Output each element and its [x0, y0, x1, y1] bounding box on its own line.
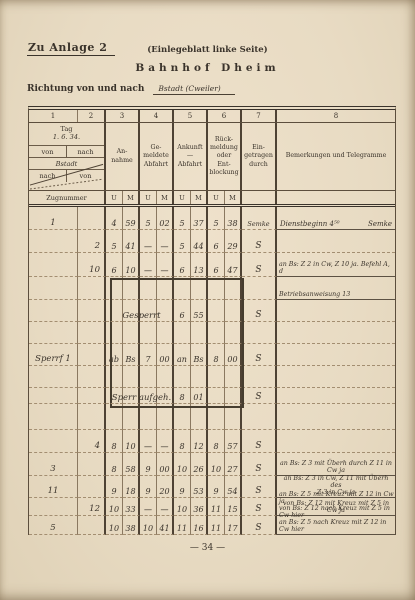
ankunft-min-cell: 44 — [191, 230, 208, 253]
annahme-hour-cell: 6 — [106, 253, 123, 277]
eingetragen-cell — [242, 322, 277, 344]
eingetragen-cell: S — [242, 516, 277, 535]
von-nach-row: von nach — [29, 146, 104, 158]
gemeldete-hour-cell — [140, 277, 157, 300]
rueckmeldung-hour-cell: 10 — [208, 453, 225, 476]
gemeldete-hour-cell — [140, 366, 157, 388]
neighbour-station-handwritten: Bstadt — [29, 158, 104, 170]
von-label-2: von — [67, 172, 104, 180]
zugnummer-von-cell: 11 — [29, 476, 78, 498]
annahme-hour-cell: 9 — [106, 476, 123, 498]
ankunft-min-cell: 13 — [191, 253, 208, 277]
rueckmeldung-min-cell: 15 — [225, 498, 242, 516]
rueckmeldung-min-cell: 54 — [225, 476, 242, 498]
remark-signature: Semke — [368, 220, 392, 228]
gemeldete-hour-cell — [140, 322, 157, 344]
rueckmeldung-min-cell — [225, 388, 242, 404]
zugnummer-nach-cell — [78, 404, 106, 430]
log-row — [29, 404, 395, 430]
remark-text: an Bs: Z 3 mit Überh durch Z 11 in Cw ja — [277, 460, 395, 475]
eingetragen-cell: S — [242, 388, 277, 404]
ankunft-hour-cell: 9 — [174, 476, 191, 498]
gemeldete-hour-cell: — — [140, 253, 157, 277]
gemeldete-min-cell — [157, 277, 174, 300]
col-head-annahme: An- nahme — [106, 123, 140, 190]
annahme-hour-cell: 5 — [106, 230, 123, 253]
annahme-hour-cell — [106, 322, 123, 344]
zugnummer-von-cell: 1 — [29, 207, 78, 230]
hour-label: U — [174, 191, 191, 204]
ankunft-hour-cell — [174, 404, 191, 430]
eingetragen-cell — [242, 366, 277, 388]
eingetragen-cell: S — [242, 476, 277, 498]
zugnummer-nach-cell — [78, 366, 106, 388]
column-number-8: 8 — [277, 110, 395, 122]
rueckmeldung-min-cell: 17 — [225, 516, 242, 535]
rueckmeldung-hour-cell — [208, 322, 225, 344]
gemeldete-min-cell: — — [157, 230, 174, 253]
ankunft-hour-cell: 11 — [174, 516, 191, 535]
rueckmeldung-hour-cell: 8 — [208, 344, 225, 366]
rueckmeldung-hour-cell: 9 — [208, 476, 225, 498]
bemerkungen-cell: an Bs: Z 3 mit Überh durch Z 11 in Cw ja — [277, 453, 395, 476]
col-head-ankunft-abfahrt: Ankunft — Abfahrt — [174, 123, 208, 190]
zugnummer-von-cell — [29, 253, 78, 277]
eingetragen-cell — [242, 277, 277, 300]
log-row — [29, 366, 395, 388]
remark-text: Betriebsanweisung 13 — [277, 291, 395, 299]
zugnummer-label: Zugnummer — [29, 191, 106, 204]
ankunft-hour-cell — [174, 322, 191, 344]
gemeldete-hour-cell: — — [140, 230, 157, 253]
bemerkungen-cell — [277, 404, 395, 430]
day-label: Tag — [29, 125, 104, 133]
column-number-7: 7 — [242, 110, 277, 122]
sperr-note-handwritten: Sperr aufgeh. — [106, 393, 177, 403]
ankunft-min-cell: 16 — [191, 516, 208, 535]
gemeldete-hour-cell: — — [140, 498, 157, 516]
gemeldete-hour-cell: 5 — [140, 207, 157, 230]
column-number-2: 2 — [78, 110, 106, 122]
remark-text: an Bs: Z 2 in Cw, Z 10 ja. Befehl A, d — [277, 261, 395, 276]
rueckmeldung-min-cell — [225, 322, 242, 344]
zugnummer-von-cell — [29, 277, 78, 300]
zugnummer-von-cell: 3 — [29, 453, 78, 476]
zugnummer-nach-cell — [78, 516, 106, 535]
ankunft-min-cell: 53 — [191, 476, 208, 498]
gemeldete-min-cell: 00 — [157, 453, 174, 476]
rueckmeldung-hour-cell — [208, 366, 225, 388]
annahme-min-cell — [123, 366, 140, 388]
gemeldete-min-cell: — — [157, 253, 174, 277]
page-number: — 34 — — [0, 543, 415, 553]
ankunft-hour-cell: 6 — [174, 253, 191, 277]
zugnummer-nach-cell — [78, 476, 106, 498]
remark-text: Dienstbeginn 4⁵⁰ — [280, 220, 340, 228]
annahme-min-cell: 59 — [123, 207, 140, 230]
ankunft-hour-cell: 5 — [174, 207, 191, 230]
ankunft-hour-cell: an — [174, 344, 191, 366]
log-row: Sperrf 1abBs700anBs800S — [29, 344, 395, 366]
ankunft-hour-cell — [174, 366, 191, 388]
annahme-min-cell: 38 — [123, 516, 140, 535]
annahme-hour-cell — [106, 404, 123, 430]
ankunft-min-cell: 37 — [191, 207, 208, 230]
rueckmeldung-min-cell: 27 — [225, 453, 242, 476]
ankunft-min-cell — [191, 366, 208, 388]
zugnummer-nach-cell — [78, 344, 106, 366]
gemeldete-hour-cell: 9 — [140, 453, 157, 476]
rueckmeldung-hour-cell: 11 — [208, 516, 225, 535]
bemerkungen-cell: Dienstbeginn 4⁵⁰Semke — [277, 207, 395, 230]
gemeldete-hour-cell: 10 — [140, 516, 157, 535]
hour-label: U — [106, 191, 123, 204]
rueckmeldung-min-cell: 00 — [225, 344, 242, 366]
annahme-min-cell: 10 — [123, 430, 140, 453]
day-date-handwritten: 1. 6. 34. — [29, 133, 104, 141]
log-row: 1459502537538SemkeDienstbeginn 4⁵⁰Semke — [29, 207, 395, 230]
eingetragen-cell — [242, 404, 277, 430]
annahme-min-cell: 41 — [123, 230, 140, 253]
gemeldete-min-cell: — — [157, 498, 174, 516]
bemerkungen-cell: Betriebsanweisung 13 — [277, 277, 395, 300]
zugnummer-nach-cell — [78, 207, 106, 230]
annahme-min-cell — [123, 404, 140, 430]
eingetragen-cell: S — [242, 453, 277, 476]
column-number-3: 3 — [106, 110, 140, 122]
hour-label: U — [140, 191, 157, 204]
zugnummer-nach-cell: 10 — [78, 253, 106, 277]
zugnummer-nach-cell — [78, 300, 106, 322]
ankunft-hour-cell — [174, 277, 191, 300]
column-numbers-row: 1 2 3 4 5 6 7 8 — [29, 110, 395, 123]
annahme-hour-cell — [106, 277, 123, 300]
rueckmeldung-hour-cell: 6 — [208, 230, 225, 253]
annahme-hour-cell: 4 — [106, 207, 123, 230]
rueckmeldung-min-cell — [225, 404, 242, 430]
ankunft-min-cell: 55 — [191, 300, 208, 322]
annahme-hour-cell: 8 — [106, 430, 123, 453]
log-row — [29, 322, 395, 344]
bemerkungen-cell — [277, 322, 395, 344]
gemeldete-hour-cell: — — [140, 430, 157, 453]
ankunft-hour-cell: 10 — [174, 453, 191, 476]
annahme-min-cell — [123, 277, 140, 300]
subheader-empty-8 — [277, 191, 395, 204]
gemeldete-min-cell — [157, 322, 174, 344]
rueckmeldung-min-cell: 57 — [225, 430, 242, 453]
bemerkungen-cell: an Bs: Z 2 in Cw, Z 10 ja. Befehl A, d — [277, 253, 395, 277]
rueckmeldung-hour-cell: 8 — [208, 430, 225, 453]
bemerkungen-cell — [277, 230, 395, 253]
log-row: 385890010261027San Bs: Z 3 mit Überh dur… — [29, 453, 395, 476]
bemerkungen-cell — [277, 300, 395, 322]
col-head-bemerkungen: Bemerkungen und Telegramme — [277, 123, 395, 190]
rueckmeldung-hour-cell: 5 — [208, 207, 225, 230]
annahme-min-cell: 10 — [123, 253, 140, 277]
eingetragen-cell: S — [242, 253, 277, 277]
zugnummer-von-cell: Sperrf 1 — [29, 344, 78, 366]
zugnummer-von-cell — [29, 300, 78, 322]
scanned-form-page: Zu Anlage 2 (Einlegeblatt linke Seite) B… — [0, 0, 415, 600]
ankunft-min-cell — [191, 277, 208, 300]
log-row: 10610——613647San Bs: Z 2 in Cw, Z 10 ja.… — [29, 253, 395, 277]
sperr-note-handwritten: Gesperrt — [106, 311, 177, 321]
annahme-min-cell: 33 — [123, 498, 140, 516]
ankunft-min-cell: 12 — [191, 430, 208, 453]
column-number-6: 6 — [208, 110, 242, 122]
annahme-min-cell — [123, 322, 140, 344]
rueckmeldung-min-cell — [225, 277, 242, 300]
gemeldete-hour-cell: 9 — [140, 476, 157, 498]
gemeldete-min-cell: 00 — [157, 344, 174, 366]
hour-label: U — [208, 191, 225, 204]
annahme-hour-cell: 10 — [106, 498, 123, 516]
zugnummer-von-cell — [29, 388, 78, 404]
gemeldete-min-cell — [157, 404, 174, 430]
ankunft-min-cell — [191, 322, 208, 344]
eingetragen-cell: S — [242, 498, 277, 516]
ankunft-hour-cell: 10 — [174, 498, 191, 516]
subheader-row: Zugnummer U M U M U M U M — [29, 191, 395, 207]
annahme-hour-cell — [106, 366, 123, 388]
bemerkungen-cell — [277, 344, 395, 366]
annahme-min-cell: 18 — [123, 476, 140, 498]
column-number-4: 4 — [140, 110, 174, 122]
zugnummer-nach-cell — [78, 322, 106, 344]
zugnummer-nach-cell — [78, 453, 106, 476]
log-row: 51038104111161117San Bs: Z 5 mit Kreuz m… — [29, 516, 395, 535]
rueckmeldung-hour-cell — [208, 388, 225, 404]
gemeldete-min-cell: 41 — [157, 516, 174, 535]
col-head-eingetragen: Ein- getragen durch — [242, 123, 277, 190]
station-title: Bahnhof Dheim — [0, 62, 415, 74]
zugnummer-nach-cell — [78, 277, 106, 300]
nach-von-row: nach von — [29, 170, 104, 182]
rueckmeldung-hour-cell: 6 — [208, 253, 225, 277]
zugnummer-von-cell — [29, 322, 78, 344]
minute-label: M — [191, 191, 208, 204]
gemeldete-min-cell: 20 — [157, 476, 174, 498]
rueckmeldung-hour-cell: 11 — [208, 498, 225, 516]
eingetragen-cell: S — [242, 344, 277, 366]
zugnummer-von-cell — [29, 430, 78, 453]
bemerkungen-cell — [277, 430, 395, 453]
annahme-hour-cell: 8 — [106, 453, 123, 476]
log-row: 2541——544629S — [29, 230, 395, 253]
column-captions-row: Tag 1. 6. 34. von nach Bstadt nach von A… — [29, 123, 395, 191]
von-label: von — [29, 146, 67, 157]
column-number-5: 5 — [174, 110, 208, 122]
col-head-rueckmeldung: Rück- meldung oder Ent- blockung — [208, 123, 242, 190]
rueckmeldung-min-cell — [225, 300, 242, 322]
rueckmeldung-hour-cell — [208, 300, 225, 322]
rueckmeldung-min-cell: 29 — [225, 230, 242, 253]
sperr-span-cells: Gesperrt — [106, 300, 174, 322]
zugnummer-nach-cell — [78, 388, 106, 404]
sheet-subtitle: (Einlegeblatt linke Seite) — [0, 45, 415, 55]
log-rows: 1459502537538SemkeDienstbeginn 4⁵⁰Semke2… — [29, 207, 395, 535]
zugnummer-von-cell — [29, 404, 78, 430]
log-row: Betriebsanweisung 13 — [29, 277, 395, 300]
annahme-min-cell: 58 — [123, 453, 140, 476]
ankunft-min-cell: 36 — [191, 498, 208, 516]
nach-label: nach — [67, 148, 104, 156]
day-field: Tag 1. 6. 34. — [29, 123, 104, 146]
bemerkungen-cell: an Bs: Z 5 mit Kreuz mit Z 12 in Cw ja v… — [277, 516, 395, 535]
gemeldete-min-cell: — — [157, 430, 174, 453]
ankunft-min-cell: Bs — [191, 344, 208, 366]
rueckmeldung-min-cell: 47 — [225, 253, 242, 277]
eingetragen-cell: S — [242, 430, 277, 453]
sperr-span-cells: Sperr aufgeh. — [106, 388, 174, 404]
log-row: 4810——812857S — [29, 430, 395, 453]
subheader-empty-7 — [242, 191, 277, 204]
rueckmeldung-min-cell — [225, 366, 242, 388]
rueckmeldung-min-cell: 38 — [225, 207, 242, 230]
column-number-1: 1 — [29, 110, 78, 122]
eingetragen-cell: S — [242, 300, 277, 322]
gemeldete-hour-cell — [140, 404, 157, 430]
log-row: Sperr aufgeh.801S — [29, 388, 395, 404]
zugnummer-von-cell — [29, 366, 78, 388]
gemeldete-min-cell: 02 — [157, 207, 174, 230]
nach-label-2: nach — [29, 170, 67, 182]
ankunft-hour-cell: 8 — [174, 430, 191, 453]
gemeldete-min-cell — [157, 366, 174, 388]
annahme-hour-cell: ab — [106, 344, 123, 366]
bemerkungen-cell — [277, 366, 395, 388]
train-log-table: 1 2 3 4 5 6 7 8 Tag 1. 6. 34. von nach B… — [28, 106, 396, 535]
direction-value: Bstadt (Cweiler) — [153, 84, 234, 95]
minute-label: M — [157, 191, 174, 204]
direction-line: Richtung von und nachBstadt (Cweiler) — [27, 84, 235, 94]
remark-text: an Bs: Z 5 mit Kreuz mit Z 12 in Cw ja v… — [277, 491, 395, 534]
log-row: Gesperrt655S — [29, 300, 395, 322]
zugnummer-nach-cell: 2 — [78, 230, 106, 253]
ankunft-min-cell: 26 — [191, 453, 208, 476]
day-direction-head-cell: Tag 1. 6. 34. von nach Bstadt nach von — [29, 123, 106, 190]
annahme-min-cell: Bs — [123, 344, 140, 366]
ankunft-min-cell: 01 — [191, 388, 208, 404]
bemerkungen-cell — [277, 388, 395, 404]
zugnummer-von-cell — [29, 230, 78, 253]
annahme-hour-cell: 10 — [106, 516, 123, 535]
zugnummer-von-cell — [29, 498, 78, 516]
minute-label: M — [123, 191, 140, 204]
zugnummer-von-cell: 5 — [29, 516, 78, 535]
eingetragen-cell: S — [242, 230, 277, 253]
direction-label: Richtung von und nach — [27, 84, 144, 94]
gemeldete-hour-cell: 7 — [140, 344, 157, 366]
ankunft-hour-cell: 5 — [174, 230, 191, 253]
zugnummer-nach-cell: 12 — [78, 498, 106, 516]
zugnummer-nach-cell: 4 — [78, 430, 106, 453]
rueckmeldung-hour-cell — [208, 277, 225, 300]
col-head-gemeldete-abfahrt: Ge- meldete Abfahrt — [140, 123, 174, 190]
ankunft-min-cell — [191, 404, 208, 430]
minute-label: M — [225, 191, 242, 204]
rueckmeldung-hour-cell — [208, 404, 225, 430]
eingetragen-cell: Semke — [242, 207, 277, 230]
